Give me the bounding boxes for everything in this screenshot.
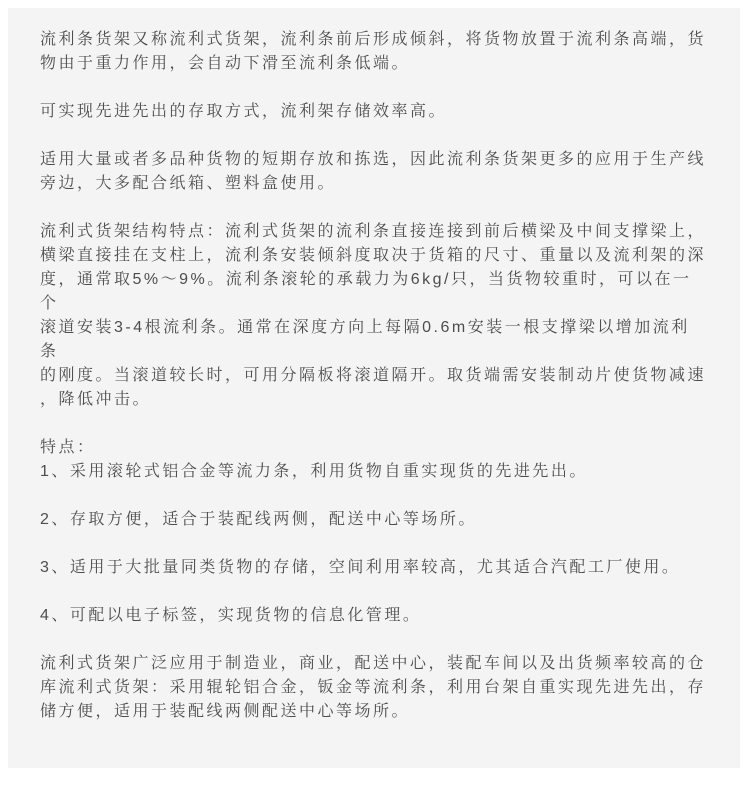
paragraph-features-item-2: 2、存取方便，适合于装配线两侧，配送中心等场所。 <box>40 508 708 532</box>
product-description-panel: 流利条货架又称流利式货架，流利条前后形成倾斜，将货物放置于流利条高端，货 物由于… <box>8 8 740 768</box>
paragraph-applications: 流利式货架广泛应用于制造业，商业，配送中心，装配车间以及出货频率较高的仓 库流利… <box>40 652 708 724</box>
paragraph-fifo: 可实现先进先出的存取方式，流利架存储效率高。 <box>40 100 708 124</box>
paragraph-usage: 适用大量或者多品种货物的短期存放和拣选，因此流利条货架更多的应用于生产线 旁边，… <box>40 148 708 196</box>
paragraph-intro: 流利条货架又称流利式货架，流利条前后形成倾斜，将货物放置于流利条高端，货 物由于… <box>40 28 708 76</box>
paragraph-structure: 流利式货架结构特点：流利式货架的流利条直接连接到前后横梁及中间支撑梁上， 横梁直… <box>40 220 708 412</box>
paragraph-features-item-1: 特点： 1、采用滚轮式铝合金等流力条，利用货物自重实现货的先进先出。 <box>40 436 708 484</box>
paragraph-features-item-4: 4、可配以电子标签，实现货物的信息化管理。 <box>40 604 708 628</box>
paragraph-features-item-3: 3、适用于大批量同类货物的存储，空间利用率较高，尤其适合汽配工厂使用。 <box>40 556 708 580</box>
